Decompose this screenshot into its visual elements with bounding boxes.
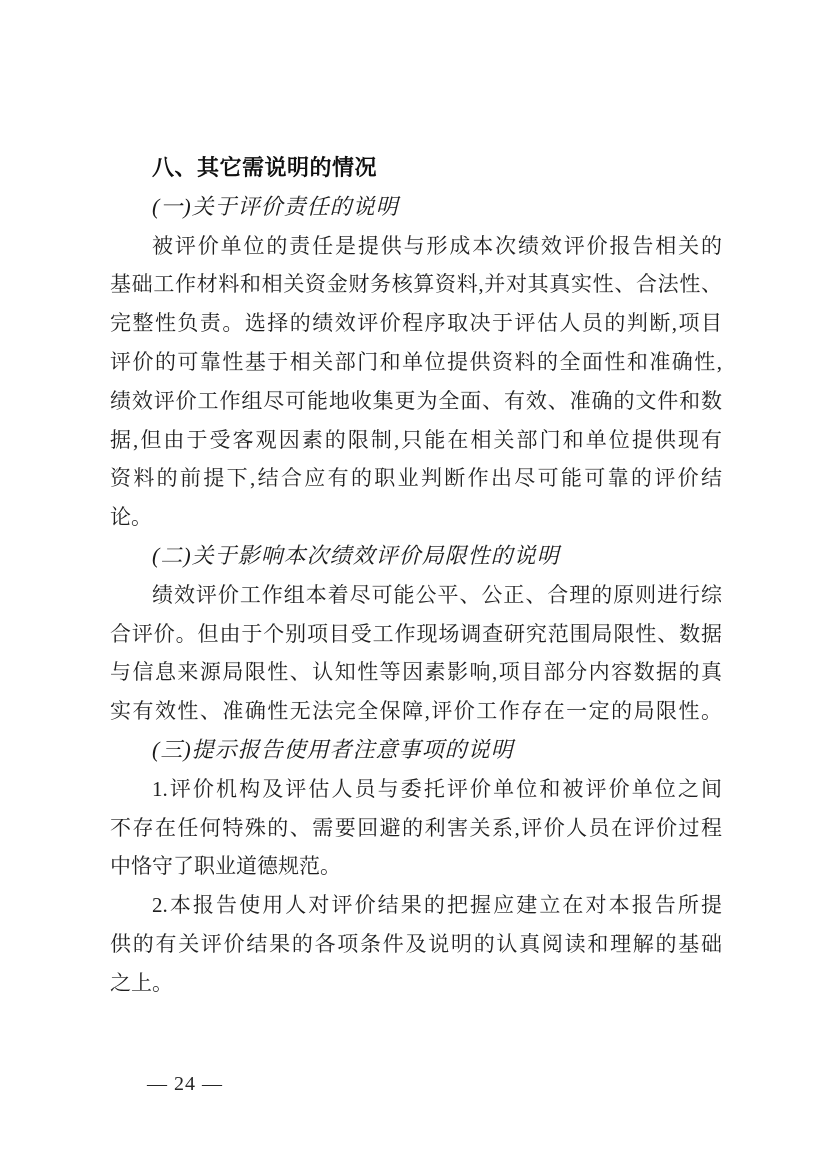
paragraph-line: 供的有关评价结果的各项条件及说明的认真阅读和理解的基础 bbox=[110, 925, 722, 964]
section-heading: 八、其它需说明的情况 bbox=[110, 149, 722, 188]
document-page: 八、其它需说明的情况(一)关于评价责任的说明被评价单位的责任是提供与形成本次绩效… bbox=[0, 0, 826, 1169]
paragraph-line: 被评价单位的责任是提供与形成本次绩效评价报告相关的 bbox=[110, 227, 722, 266]
paragraph-line: 论。 bbox=[110, 498, 722, 537]
page-number: — 24 — bbox=[147, 1071, 223, 1097]
paragraph-line: 中恪守了职业道德规范。 bbox=[110, 847, 722, 886]
paragraph-line: 与信息来源局限性、认知性等因素影响,项目部分内容数据的真 bbox=[110, 653, 722, 692]
paragraph-line: 1.评价机构及评估人员与委托评价单位和被评价单位之间 bbox=[110, 770, 722, 809]
document-content: 八、其它需说明的情况(一)关于评价责任的说明被评价单位的责任是提供与形成本次绩效… bbox=[110, 149, 722, 1003]
paragraph-line: 之上。 bbox=[110, 964, 722, 1003]
paragraph-line: 完整性负责。选择的绩效评价程序取决于评估人员的判断,项目 bbox=[110, 304, 722, 343]
subsection-heading: (二)关于影响本次绩效评价局限性的说明 bbox=[110, 537, 722, 576]
subsection-heading: (一)关于评价责任的说明 bbox=[110, 188, 722, 227]
paragraph-line: 实有效性、准确性无法完全保障,评价工作存在一定的局限性。 bbox=[110, 692, 722, 731]
paragraph-line: 合评价。但由于个别项目受工作现场调查研究范围局限性、数据 bbox=[110, 615, 722, 654]
paragraph-line: 绩效评价工作组尽可能地收集更为全面、有效、准确的文件和数 bbox=[110, 382, 722, 421]
paragraph-line: 评价的可靠性基于相关部门和单位提供资料的全面性和准确性, bbox=[110, 343, 722, 382]
paragraph-line: 基础工作材料和相关资金财务核算资料,并对其真实性、合法性、 bbox=[110, 265, 722, 304]
paragraph-line: 2.本报告使用人对评价结果的把握应建立在对本报告所提 bbox=[110, 886, 722, 925]
paragraph-line: 资料的前提下,结合应有的职业判断作出尽可能可靠的评价结 bbox=[110, 459, 722, 498]
paragraph-line: 不存在任何特殊的、需要回避的利害关系,评价人员在评价过程 bbox=[110, 809, 722, 848]
subsection-heading: (三)提示报告使用者注意事项的说明 bbox=[110, 731, 722, 770]
paragraph-line: 据,但由于受客观因素的限制,只能在相关部门和单位提供现有 bbox=[110, 421, 722, 460]
paragraph-line: 绩效评价工作组本着尽可能公平、公正、合理的原则进行综 bbox=[110, 576, 722, 615]
